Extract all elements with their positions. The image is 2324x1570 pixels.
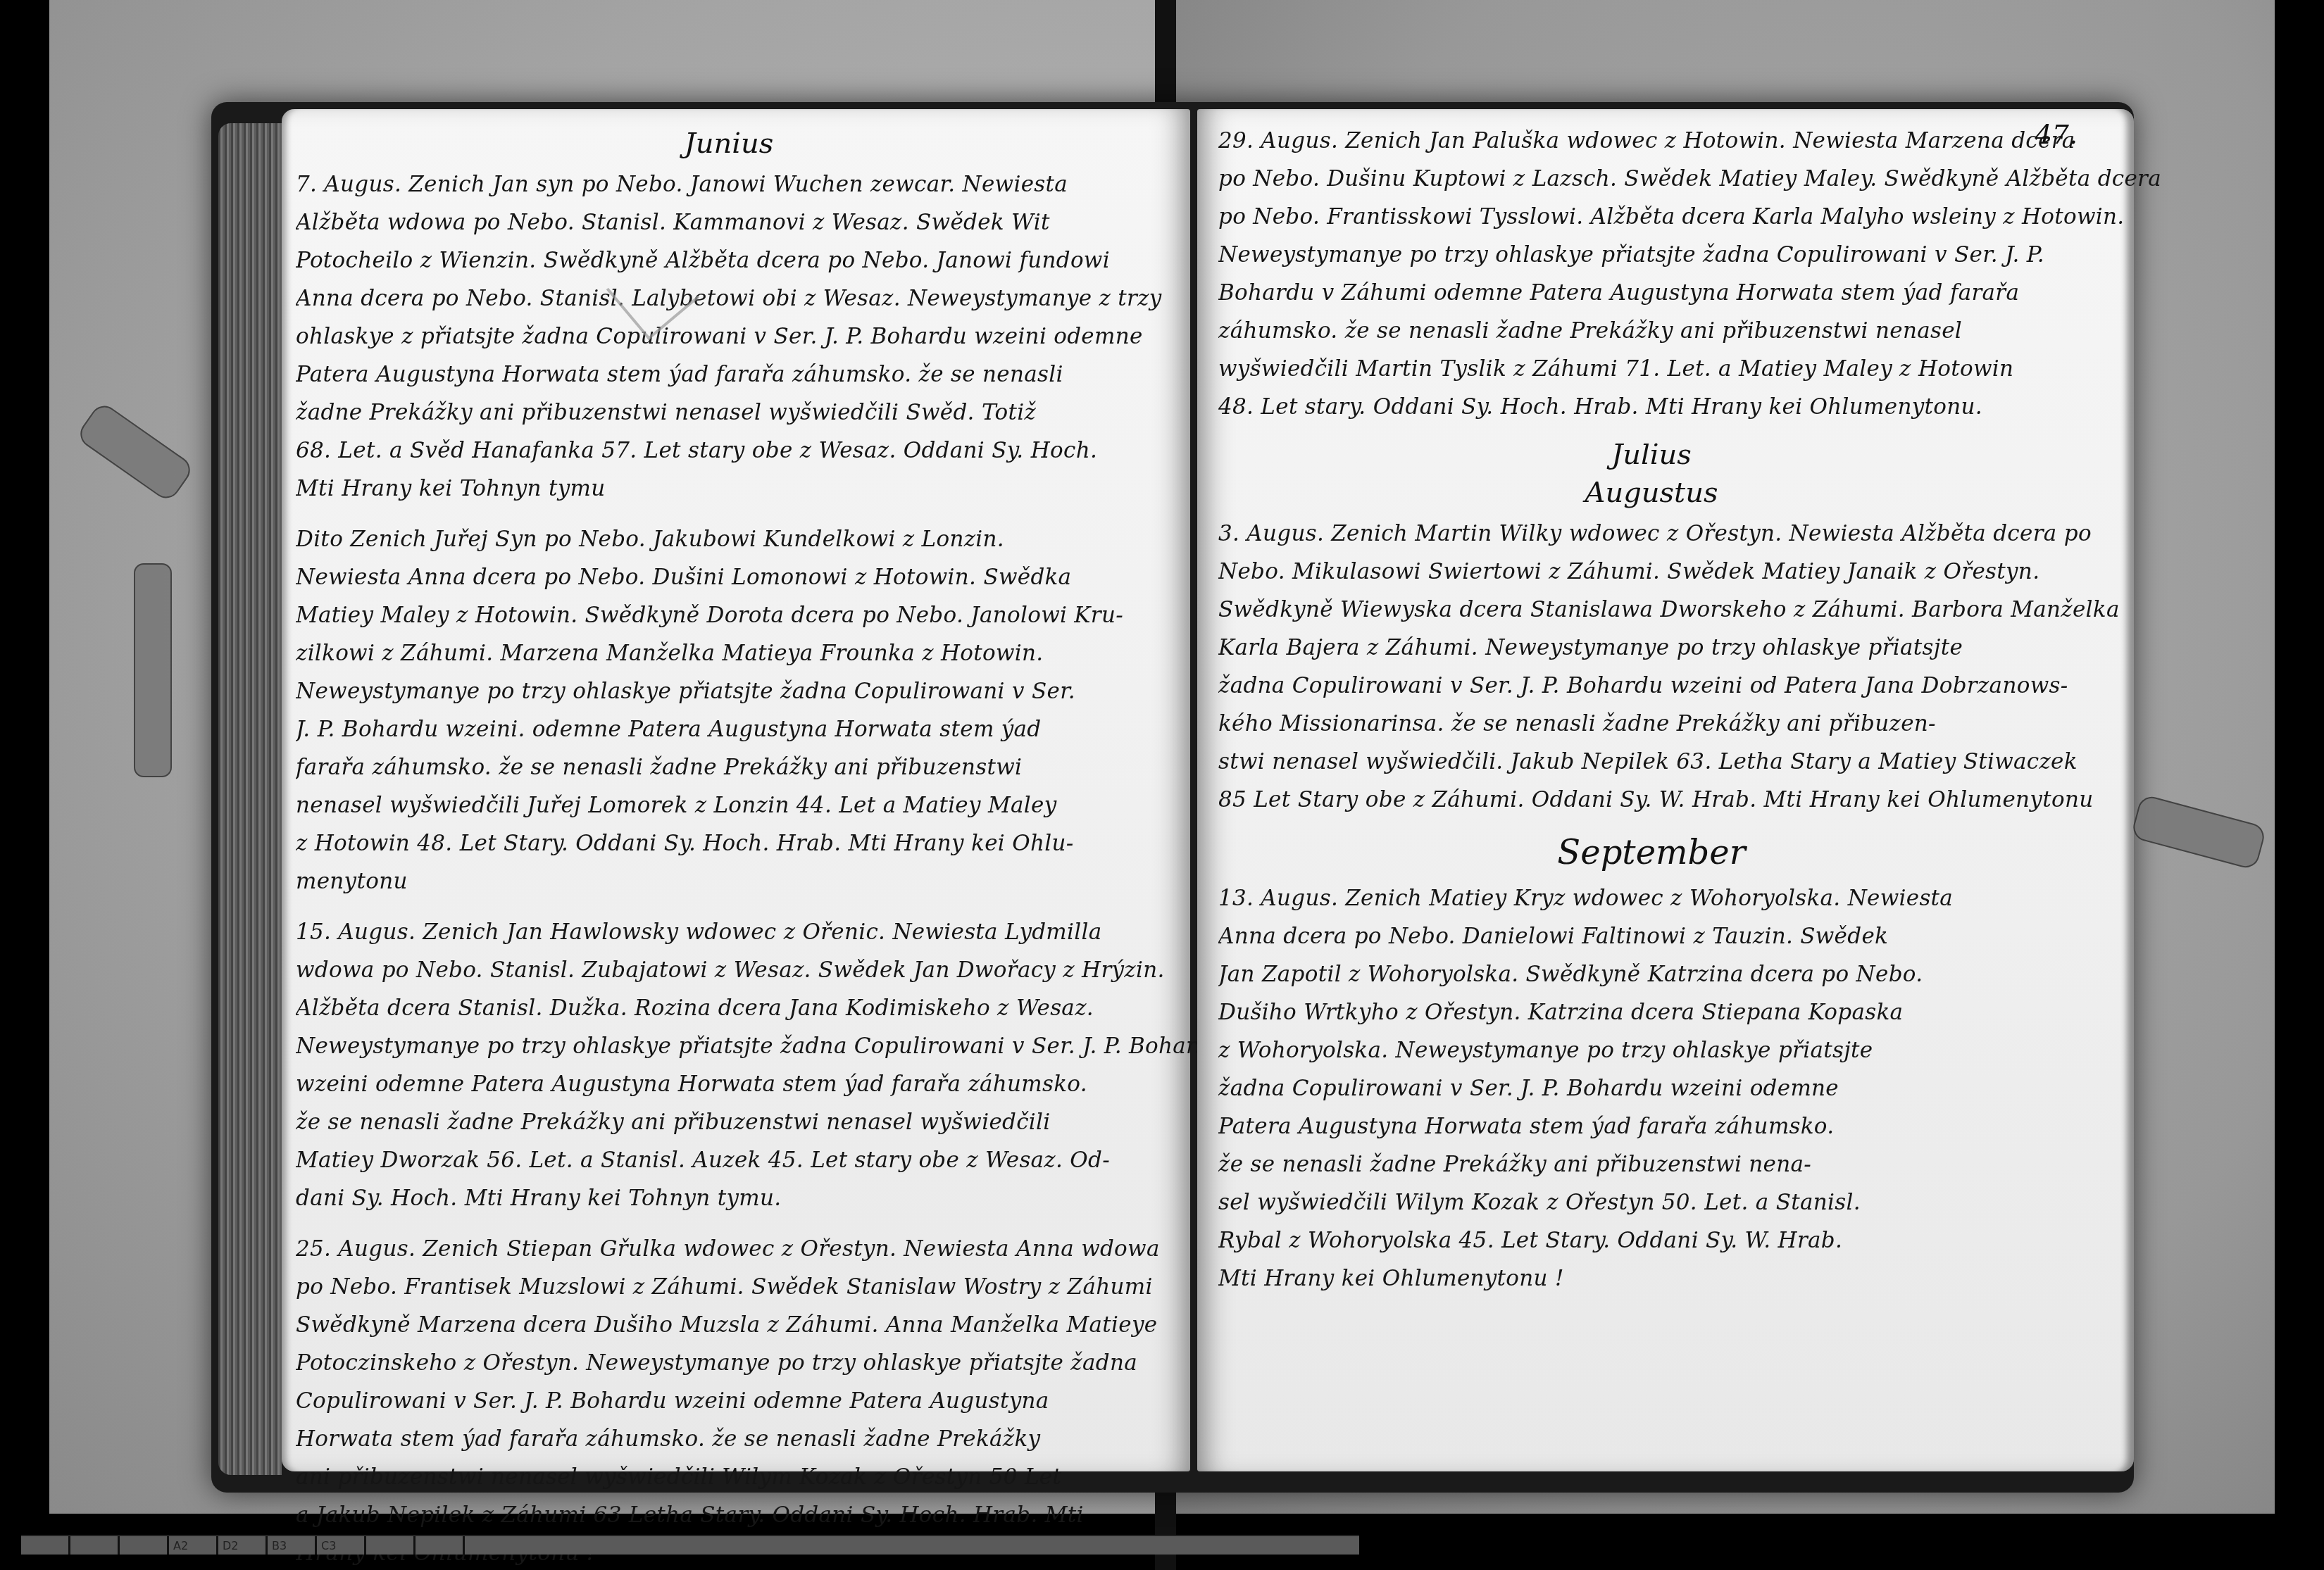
entry-text: 3. Augus. Zenich Martin Wilky wdowec z O…	[1218, 515, 2120, 819]
register-book: Junius 7. Augus. Zenich Jan syn po Nebo.…	[211, 102, 2134, 1493]
marriage-entry: 29. Augus. Zenich Jan Paluška wdowec z H…	[1218, 122, 2085, 426]
entry-text: 7. Augus. Zenich Jan syn po Nebo. Janowi…	[296, 165, 1162, 508]
entry-text: Dito Zenich Juřej Syn po Nebo. Jakubowi …	[296, 520, 1162, 900]
marriage-entry: 7. Augus. Zenich Jan syn po Nebo. Janowi…	[296, 165, 1162, 508]
bookmark-ribbon-left-lower	[134, 563, 172, 777]
marriage-entry: 15. Augus. Zenich Jan Hawlowsky wdowec z…	[296, 913, 1162, 1217]
page-number: 47.	[2035, 119, 2078, 150]
film-scale-bar: A2 D2 B3 C3	[21, 1535, 1359, 1555]
right-page: 47. 29. Augus. Zenich Jan Paluška wdowec…	[1197, 109, 2134, 1471]
marriage-entry: 13. Augus. Zenich Matiey Kryz wdowec z W…	[1218, 879, 2085, 1298]
marriage-entry: 25. Augus. Zenich Stiepan Gřulka wdowec …	[296, 1230, 1162, 1570]
left-page: Junius 7. Augus. Zenich Jan syn po Nebo.…	[282, 109, 1190, 1471]
marriage-entry: 3. Augus. Zenich Martin Wilky wdowec z O…	[1218, 515, 2085, 819]
entry-text: 15. Augus. Zenich Jan Hawlowsky wdowec z…	[296, 913, 1201, 1217]
month-heading-september: September	[1218, 833, 2085, 872]
month-heading-julius: Julius	[1218, 439, 2085, 471]
marriage-entry: Dito Zenich Juřej Syn po Nebo. Jakubowi …	[296, 520, 1162, 900]
month-heading-augustus: Augustus	[1218, 477, 2085, 509]
entry-text: 13. Augus. Zenich Matiey Kryz wdowec z W…	[1218, 879, 2085, 1298]
page-edges-left	[218, 123, 282, 1475]
entry-text: 29. Augus. Zenich Jan Paluška wdowec z H…	[1218, 122, 2161, 426]
entry-text: 25. Augus. Zenich Stiepan Gřulka wdowec …	[296, 1230, 1162, 1570]
month-heading-junius: Junius	[296, 127, 1162, 160]
